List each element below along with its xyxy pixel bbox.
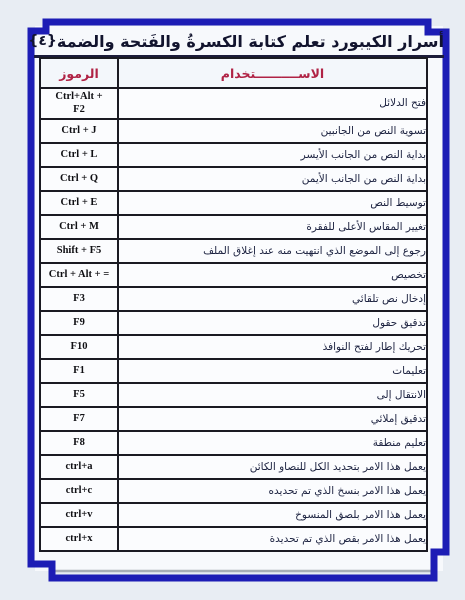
table-row: F7 تدقيق إملائي	[40, 407, 427, 431]
shortcut-key-cell: Ctrl + E	[40, 191, 118, 215]
usage-cell: تسوية النص من الجانبين	[118, 119, 427, 143]
shortcut-table: الرموز الاســــــــــتخدام Ctrl+Alt + F2…	[39, 57, 428, 552]
table-row: Ctrl + Alt + = تخصيص	[40, 263, 427, 287]
document-header: أسرار الكيبورد تعلم كتابة الكسرةُ والفَت…	[34, 27, 444, 58]
table-row: Ctrl + L بداية النص من الجانب الأيسر	[40, 143, 427, 167]
shortcut-key-cell: F5	[40, 383, 118, 407]
table-row: Shift + F5 رجوع إلى الموضع الذي انتهيت م…	[40, 239, 427, 263]
shortcut-key-cell: ctrl+x	[40, 527, 118, 551]
shortcut-key-cell: Ctrl + Alt + =	[40, 263, 118, 287]
table-row: F10 تحريك إطار لفتح النوافذ	[40, 335, 427, 359]
shortcut-key-cell: ctrl+v	[40, 503, 118, 527]
usage-cell: يعمل هذا الامر بقص الذي تم تحديدة	[118, 527, 427, 551]
usage-cell: تدقيق إملائي	[118, 407, 427, 431]
usage-cell: تعليم منطقة	[118, 431, 427, 455]
usage-cell: توسيط النص	[118, 191, 427, 215]
shortcut-key-cell: F9	[40, 311, 118, 335]
shortcut-key-cell: Ctrl + J	[40, 119, 118, 143]
usage-cell: تحريك إطار لفتح النوافذ	[118, 335, 427, 359]
usage-cell: الانتقال إلى	[118, 383, 427, 407]
usage-cell: يعمل هذا الامر بتحديد الكل للنصاو الكائن	[118, 455, 427, 479]
shortcut-table-body: Ctrl+Alt + F2 فتح الدلائل Ctrl + J تسوية…	[40, 88, 427, 551]
table-row: F8 تعليم منطقة	[40, 431, 427, 455]
shortcut-key-cell: Ctrl + Q	[40, 167, 118, 191]
usage-cell: رجوع إلى الموضع الذي انتهيت منه عند إغلا…	[118, 239, 427, 263]
column-header-keys: الرموز	[40, 58, 118, 88]
usage-cell: يعمل هذا الامر بنسخ الذي تم تحديده	[118, 479, 427, 503]
usage-cell: يعمل هذا الامر بلصق المنسوخ	[118, 503, 427, 527]
usage-cell: إدخال نص تلقائي	[118, 287, 427, 311]
shortcut-key-cell: ctrl+a	[40, 455, 118, 479]
table-row: ctrl+c يعمل هذا الامر بنسخ الذي تم تحديد…	[40, 479, 427, 503]
column-header-usage: الاســــــــــتخدام	[118, 58, 427, 88]
usage-cell: تدقيق حقول	[118, 311, 427, 335]
table-row: F3 إدخال نص تلقائي	[40, 287, 427, 311]
shortcut-key-cell: Ctrl + M	[40, 215, 118, 239]
usage-cell: تعليمات	[118, 359, 427, 383]
table-row: Ctrl+Alt + F2 فتح الدلائل	[40, 88, 427, 119]
shortcut-key-cell: F8	[40, 431, 118, 455]
page-number-badge: {٤}	[28, 33, 56, 49]
page-title: أسرار الكيبورد تعلم كتابة الكسرةُ والفَت…	[57, 32, 444, 51]
table-row: F5 الانتقال إلى	[40, 383, 427, 407]
table-row: Ctrl + Q بداية النص من الجانب الأيمن	[40, 167, 427, 191]
shortcut-key-cell: ctrl+c	[40, 479, 118, 503]
table-row: F9 تدقيق حقول	[40, 311, 427, 335]
shortcut-key-cell: F7	[40, 407, 118, 431]
table-header-row: الرموز الاســــــــــتخدام	[40, 58, 427, 88]
shortcut-key-cell: Ctrl+Alt + F2	[40, 88, 118, 119]
usage-cell: تخصيص	[118, 263, 427, 287]
table-row: ctrl+x يعمل هذا الامر بقص الذي تم تحديدة	[40, 527, 427, 551]
usage-cell: تغيير المقاس الأعلى للفقرة	[118, 215, 427, 239]
shortcut-key-cell: F10	[40, 335, 118, 359]
table-row: Ctrl + M تغيير المقاس الأعلى للفقرة	[40, 215, 427, 239]
shortcut-key-cell: Ctrl + L	[40, 143, 118, 167]
usage-cell: فتح الدلائل	[118, 88, 427, 119]
table-row: Ctrl + J تسوية النص من الجانبين	[40, 119, 427, 143]
shortcut-key-cell: F1	[40, 359, 118, 383]
shortcut-key-cell: F3	[40, 287, 118, 311]
table-row: Ctrl + E توسيط النص	[40, 191, 427, 215]
scanned-document-page: { "header": { "title": "أسرار الكيبورد ت…	[0, 0, 465, 600]
table-row: ctrl+a يعمل هذا الامر بتحديد الكل للنصاو…	[40, 455, 427, 479]
shortcut-key-cell: Shift + F5	[40, 239, 118, 263]
usage-cell: بداية النص من الجانب الأيسر	[118, 143, 427, 167]
usage-cell: بداية النص من الجانب الأيمن	[118, 167, 427, 191]
table-row: ctrl+v يعمل هذا الامر بلصق المنسوخ	[40, 503, 427, 527]
table-row: F1 تعليمات	[40, 359, 427, 383]
